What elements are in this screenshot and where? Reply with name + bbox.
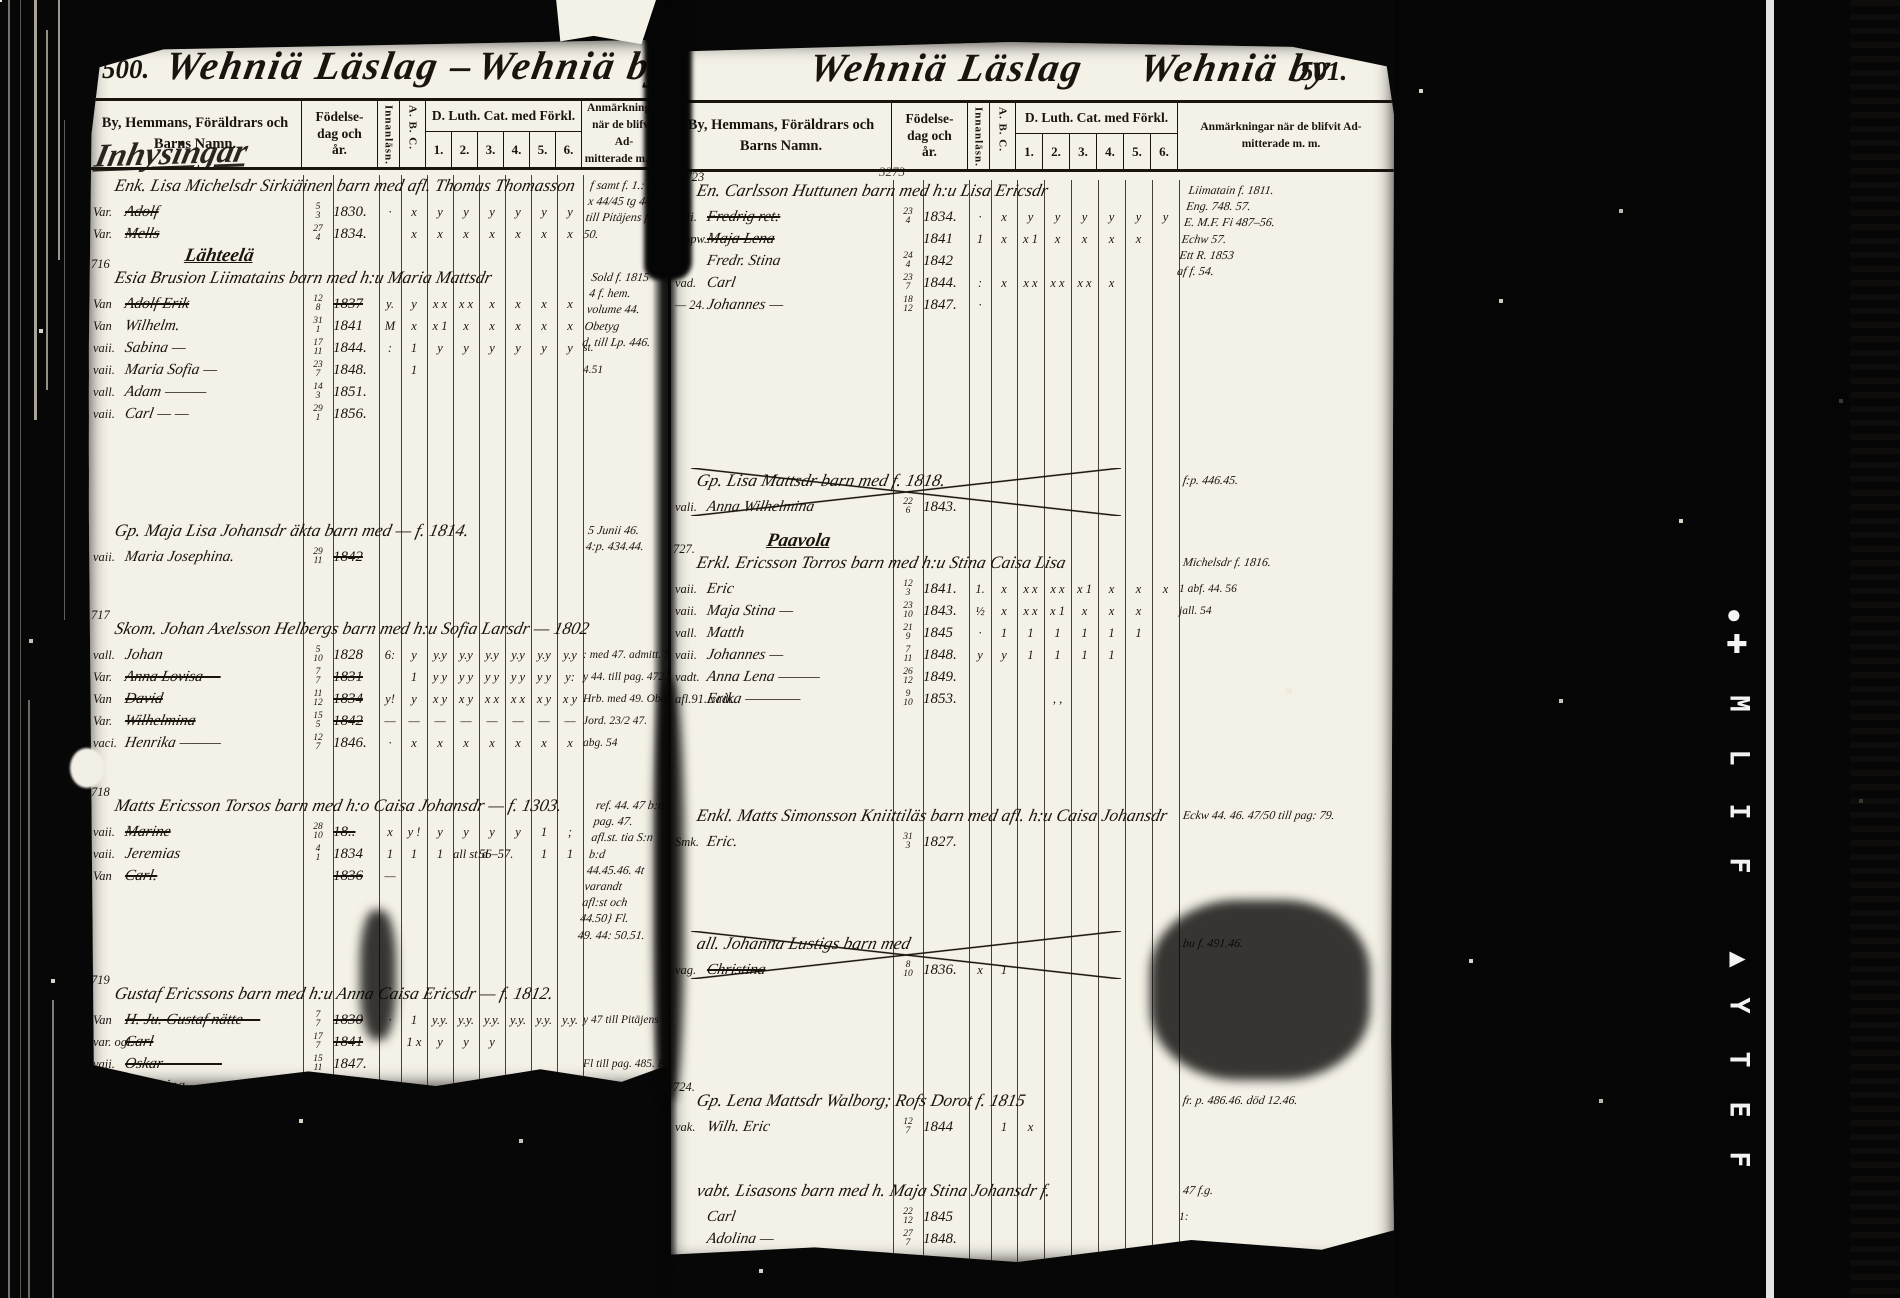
entry-row: vaci.Henrika ———1271846.·xxxxxxxabg. 54 bbox=[89, 732, 668, 754]
row-child-name: Johannes — bbox=[705, 296, 894, 314]
row-mark-cell: x bbox=[453, 319, 479, 334]
entry-block: Enkl. Matts Simonsson Kniittiläs barn me… bbox=[671, 805, 1394, 853]
row-birth-year: 1844 bbox=[923, 1119, 969, 1136]
row-mark-cell: y bbox=[401, 297, 427, 312]
header-catechism-label: D. Luth. Cat. med Förkl. bbox=[426, 101, 581, 132]
birth-day-bottom: 3 bbox=[906, 842, 911, 851]
ink-blot-bottom-right bbox=[1150, 900, 1370, 1080]
row-mark-cell: x bbox=[531, 736, 557, 751]
row-birth-day: 244 bbox=[893, 252, 923, 270]
row-birth-day: 41 bbox=[303, 845, 333, 863]
entry-head-script: Enk. Lisa Michelsdr Sirkiäinen barn med … bbox=[113, 175, 577, 196]
row-mark-cell: 1 bbox=[1098, 648, 1125, 663]
row-birth-day: 77 bbox=[303, 668, 333, 686]
row-mark-cell: y bbox=[453, 1035, 479, 1050]
row-mark-cell: y y bbox=[505, 670, 531, 685]
film-frame-circle-mark: ● bbox=[1726, 602, 1742, 628]
row-mark-cell: y bbox=[427, 205, 453, 220]
birth-day-bottom: 8 bbox=[316, 304, 321, 313]
row-prefix: vall. bbox=[89, 648, 125, 663]
row-child-name: Oskar ———— bbox=[123, 1055, 304, 1073]
row-child-name: Carl. bbox=[123, 867, 304, 885]
birth-day-bottom: 9 bbox=[906, 633, 911, 642]
entry-row: Carl221218451: bbox=[671, 1206, 1394, 1228]
row-mark-cell: y bbox=[557, 205, 583, 220]
birth-day-bottom: 7 bbox=[906, 1127, 911, 1136]
row-mark-cell: 1 bbox=[557, 847, 583, 862]
catechism-subcol-label: 1. bbox=[426, 132, 452, 167]
row-child-name: Johan bbox=[123, 646, 304, 664]
catechism-subcol-label: 1. bbox=[1016, 134, 1043, 169]
row-mark-cell: y.y bbox=[531, 648, 557, 663]
film-edge-letter: E bbox=[1724, 1093, 1755, 1127]
row-birth-year: 1856. bbox=[333, 406, 379, 423]
row-birth-year: 1848. bbox=[923, 1231, 969, 1248]
entry-head-remark: fr. p. 486.46. död 12.46. bbox=[1182, 1092, 1384, 1108]
header-birth-line2: dag och bbox=[892, 128, 967, 145]
row-mark-cell: x bbox=[991, 232, 1017, 247]
entry-row: vaii.Jeremias411834111all st:d56–57.11 bbox=[89, 843, 668, 865]
row-birth-day: 1812 bbox=[893, 296, 923, 314]
header-reading-col: Innanläsn. bbox=[968, 103, 990, 169]
row-birth-day: 711 bbox=[893, 646, 923, 664]
header-catechism-label: D. Luth. Cat. med Förkl. bbox=[1016, 103, 1177, 134]
row-prefix: vaii. bbox=[89, 550, 125, 565]
birth-day-bottom: 11 bbox=[314, 348, 323, 357]
row-mark-cell: 1 bbox=[401, 670, 427, 685]
row-mark-cell: 1 x bbox=[401, 1035, 427, 1050]
gutter-smear-lower bbox=[654, 680, 684, 1100]
header-abc-col: A. B. C. bbox=[990, 103, 1016, 169]
page-number: 500. bbox=[102, 54, 149, 85]
row-child-name: Henrika ——— bbox=[123, 734, 304, 752]
row-mark-cell: y bbox=[479, 825, 505, 840]
row-mark-cell: y bbox=[427, 825, 453, 840]
birth-day-bottom: 7 bbox=[906, 1239, 911, 1248]
row-birth-day: 127 bbox=[303, 734, 333, 752]
row-birth-year: 1828 bbox=[333, 647, 379, 664]
header-birth-line3: år. bbox=[302, 142, 377, 159]
row-mark-cell: 1 bbox=[1098, 626, 1125, 641]
header-name-line2: Barns Namn. bbox=[671, 136, 891, 157]
row-mark-cell: x y bbox=[557, 692, 583, 707]
row-child-name: Maja Stina — bbox=[705, 602, 894, 620]
header-name-line1: By, Hemmans, Föräldrars och bbox=[89, 113, 301, 134]
row-prefix: Van bbox=[89, 1013, 125, 1028]
row-mark-cell: x bbox=[1071, 604, 1098, 619]
row-child-name: David bbox=[123, 690, 304, 708]
row-mark-cell: x bbox=[557, 736, 583, 751]
row-child-name: Carl — — bbox=[123, 405, 304, 423]
row-mark-cell: y bbox=[557, 341, 583, 356]
entry-head-script: Gp. Maja Lisa Johansdr äkta barn med — f… bbox=[113, 520, 471, 541]
birth-day-bottom: 1 bbox=[316, 414, 321, 423]
row-mark-cell: M bbox=[379, 319, 401, 334]
row-mark-cell: x x bbox=[1017, 582, 1044, 597]
entry-row: Adolina —2771848. bbox=[671, 1228, 1394, 1250]
row-mark-cell: x x bbox=[1044, 276, 1071, 291]
row-birth-day: 1511 bbox=[303, 1055, 333, 1073]
entry-block: Gp. Maja Lisa Johansdr äkta barn med — f… bbox=[89, 520, 668, 568]
catechism-subcol-label: 6. bbox=[556, 132, 581, 167]
row-mark-cell: · bbox=[969, 210, 991, 225]
row-birth-year: 1847. bbox=[333, 1056, 379, 1073]
entry-head-remark: 47 f.g. bbox=[1182, 1182, 1384, 1198]
row-prefix: Van bbox=[89, 869, 125, 884]
row-birth-year: 1844. bbox=[333, 340, 379, 357]
header-remarks-col: Anmärkningar när de blifvit Ad-mitterade… bbox=[1178, 103, 1384, 169]
row-mark-cell: 1 bbox=[991, 626, 1017, 641]
entry-head-line: Enkl. Matts Simonsson Kniittiläs barn me… bbox=[671, 805, 1394, 831]
film-edge-letter: M bbox=[1724, 687, 1755, 721]
entry-row: Var.Anna Lovisa —7718311y yy yy yy yy yy… bbox=[89, 666, 668, 688]
row-mark-cell: 1 bbox=[1071, 626, 1098, 641]
entry-row: vall.Matth2191845·111111 bbox=[671, 622, 1394, 644]
table-header: By, Hemmans, Föräldrars ochBarns Namn.Fö… bbox=[670, 100, 1394, 172]
entry-row: VanCarl.1836— bbox=[89, 865, 668, 887]
film-divider-line bbox=[1766, 0, 1774, 1298]
row-mark-cell: x bbox=[479, 319, 505, 334]
row-birth-year: 1841. bbox=[923, 581, 969, 598]
page-title-script: Wehniä Läslag bbox=[806, 44, 1087, 91]
row-mark-cell: — bbox=[379, 869, 401, 884]
row-mark-cell: 1 bbox=[531, 825, 557, 840]
film-edge-letter: F bbox=[1724, 1143, 1755, 1177]
row-birth-day: 2612 bbox=[893, 668, 923, 686]
row-mark-cell: y bbox=[479, 1035, 505, 1050]
entry-row: vadt.Anna Lena ———26121849. bbox=[671, 666, 1394, 688]
film-scratch-line bbox=[28, 700, 30, 1298]
header-reading-col: Innanläsn. bbox=[378, 101, 400, 167]
row-birth-year: 1834 bbox=[333, 691, 379, 708]
film-edge-band bbox=[1850, 0, 1900, 1298]
entry-number: 718 bbox=[91, 785, 110, 800]
entry-head-line: 718Matts Ericsson Torsos barn med h:o Ca… bbox=[89, 795, 668, 821]
row-birth-year: 1847. bbox=[923, 297, 969, 314]
birth-day-bottom: 3 bbox=[906, 589, 911, 598]
birth-day-bottom: 5 bbox=[316, 721, 321, 730]
header-birth-line3: år. bbox=[892, 144, 967, 161]
entry-row: VanWilhelm.3111841Mxx 1xxxxx bbox=[89, 315, 668, 337]
film-scratch-line bbox=[58, 0, 60, 260]
row-mark-cell: y bbox=[1098, 210, 1125, 225]
row-mark-cell: x bbox=[557, 297, 583, 312]
entry-head-line: 727.Erkl. Ericsson Torros barn med h:u S… bbox=[671, 552, 1394, 578]
row-mark-cell: x x bbox=[1017, 604, 1044, 619]
entry-head-line: 4. 7233273En. Carlsson Huttunen barn med… bbox=[671, 180, 1394, 206]
row-birth-year: 1841 bbox=[923, 231, 969, 248]
row-mark-cell: x y bbox=[453, 692, 479, 707]
row-child-name: Sabina — bbox=[123, 339, 304, 357]
header-catechism-subcols: 1.2.3.4.5.6. bbox=[426, 132, 581, 167]
row-birth-year: 1842 bbox=[333, 713, 379, 730]
entry-row: Eva Stina ———2471852.utan B:tig p. 405. bbox=[89, 1075, 668, 1097]
row-mark-cell: x bbox=[453, 227, 479, 242]
birth-day-bottom: 10 bbox=[903, 611, 913, 620]
row-prefix: vall. bbox=[89, 385, 125, 400]
row-mark-cell: x bbox=[401, 319, 427, 334]
row-mark-cell: · bbox=[969, 626, 991, 641]
row-mark-cell: y bbox=[1017, 210, 1044, 225]
row-birth-day: 313 bbox=[893, 833, 923, 851]
film-scratch-line bbox=[52, 1000, 54, 1298]
entry-strike-cross bbox=[691, 468, 1121, 516]
row-remark: 1 abf. 44. 56 bbox=[1179, 583, 1385, 595]
entry-row: vaii.Maja Stina —23101843.½xx xx 1xxxjal… bbox=[671, 600, 1394, 622]
row-mark-cell: y y bbox=[479, 670, 505, 685]
row-birth-year: 1834. bbox=[923, 209, 969, 226]
row-birth-day: 291 bbox=[303, 405, 333, 423]
entry-number: 719 bbox=[91, 973, 110, 988]
row-child-name: H. Ju. Gustaf nätte — bbox=[123, 1011, 304, 1029]
row-mark-cell: x bbox=[505, 319, 531, 334]
row-birth-year: 1845 bbox=[923, 1209, 969, 1226]
birth-day-bottom: 4 bbox=[316, 234, 321, 243]
row-mark-cell: y bbox=[505, 205, 531, 220]
row-mark-cell: , , bbox=[1044, 692, 1071, 707]
row-mark-cell: x x bbox=[479, 692, 505, 707]
row-prefix: vaii. bbox=[89, 825, 125, 840]
entry-head-script: En. Carlsson Huttunen barn med h:u Lisa … bbox=[695, 180, 1050, 201]
catechism-subcol-label: 3. bbox=[478, 132, 504, 167]
row-birth-year: 1846. bbox=[333, 735, 379, 752]
row-mark-cell: x bbox=[1125, 604, 1152, 619]
row-mark-cell: y bbox=[453, 825, 479, 840]
row-mark-cell: y.y. bbox=[557, 1013, 583, 1028]
row-mark-cell: y.y bbox=[479, 648, 505, 663]
row-mark-cell: x bbox=[1017, 1120, 1044, 1135]
row-birth-day: 143 bbox=[303, 383, 333, 401]
film-scratch-line bbox=[8, 0, 10, 1298]
entry-block: Paavola727.Erkl. Ericsson Torros barn me… bbox=[671, 530, 1394, 710]
row-mark-cell: x x bbox=[427, 297, 453, 312]
row-child-name: Mells bbox=[123, 225, 304, 243]
row-mark-cell: x 1 bbox=[1044, 604, 1071, 619]
header-remarks-line2: mitterade m. m. bbox=[1178, 136, 1384, 153]
row-mark-cell: y bbox=[531, 205, 557, 220]
header-birth-line1: Födelse- bbox=[302, 109, 377, 126]
row-prefix: Van bbox=[89, 297, 125, 312]
header-remarks-line1: Anmärkningar när de blifvit Ad- bbox=[1178, 119, 1384, 136]
row-child-name: Marine bbox=[123, 823, 304, 841]
row-mark-cell: x bbox=[557, 319, 583, 334]
entry-row: afl.91. vadt.Erika ————9101853., , bbox=[671, 688, 1394, 710]
entry-row: vaii.Marine281018..xy !yyyy1; bbox=[89, 821, 668, 843]
entry-head-script: Gp. Lena Mattsdr Walborg; Rofs Dorot f. … bbox=[695, 1090, 1028, 1111]
birth-day-bottom: 10 bbox=[903, 699, 913, 708]
row-child-name: Carl bbox=[123, 1033, 304, 1051]
birth-day-bottom: 12 bbox=[903, 305, 913, 314]
birth-day-bottom: 4 bbox=[906, 217, 911, 226]
row-child-name: Carl bbox=[705, 1208, 894, 1226]
row-mark-cell: y bbox=[1152, 210, 1179, 225]
row-mark-cell: y bbox=[505, 341, 531, 356]
row-mark-cell: x bbox=[531, 297, 557, 312]
entry-scribble: 3273 bbox=[879, 164, 905, 180]
row-mark-cell: x x bbox=[1044, 582, 1071, 597]
row-mark-cell: x bbox=[1125, 232, 1152, 247]
row-mark-cell: — bbox=[379, 714, 401, 729]
row-birth-year: 1837 bbox=[333, 296, 379, 313]
row-mark-cell: 1 bbox=[969, 232, 991, 247]
film-dust-speckles bbox=[0, 0, 2, 2]
row-birth-day: 2212 bbox=[893, 1208, 923, 1226]
film-edge-letter: F bbox=[1724, 849, 1755, 883]
row-mark-cell: 1 bbox=[401, 847, 427, 862]
row-mark-cell: — bbox=[505, 714, 531, 729]
row-mark-cell: 1 bbox=[1125, 626, 1152, 641]
header-birth-col: Födelse-dag ochår. bbox=[302, 101, 378, 167]
row-birth-year: 1836 bbox=[333, 868, 379, 885]
row-mark-cell: y.y. bbox=[505, 1013, 531, 1028]
row-mark-cell: 1 bbox=[1071, 648, 1098, 663]
row-remark: 1: bbox=[1179, 1211, 1385, 1223]
row-mark-cell: 56–57. bbox=[479, 847, 505, 862]
row-prefix: vaii. bbox=[89, 1057, 125, 1072]
page-title-script-2: Wehniä by bbox=[1136, 44, 1336, 91]
entry-row: vak.Wilh. Eric12718441x bbox=[671, 1116, 1394, 1138]
film-scratch-line bbox=[20, 0, 21, 1298]
row-birth-day: 155 bbox=[303, 712, 333, 730]
row-mark-cell: y.y. bbox=[427, 1013, 453, 1028]
row-mark-cell: x bbox=[427, 736, 453, 751]
row-mark-cell: : bbox=[969, 276, 991, 291]
row-mark-cell: x 1 bbox=[427, 319, 453, 334]
header-name-line1: By, Hemmans, Föräldrars och bbox=[671, 115, 891, 136]
row-mark-cell: — bbox=[531, 714, 557, 729]
ink-smear-left-page bbox=[360, 910, 396, 1040]
row-birth-day: 53 bbox=[303, 203, 333, 221]
row-child-name: Eva Stina ——— bbox=[123, 1077, 304, 1095]
row-remark: jall. 54 bbox=[1179, 605, 1385, 617]
row-mark-cell: x bbox=[991, 276, 1017, 291]
film-tear bbox=[552, 0, 656, 46]
row-birth-day: 274 bbox=[303, 225, 333, 243]
entry-head-script: vabt. Lisasons barn med h. Maja Stina Jo… bbox=[695, 1180, 1053, 1201]
row-prefix: vaii. bbox=[89, 847, 125, 862]
row-child-name: Eric. bbox=[705, 833, 894, 851]
row-child-name: Carl bbox=[705, 274, 894, 292]
entry-block: 4. 7233273En. Carlsson Huttunen barn med… bbox=[671, 180, 1394, 316]
row-mark-cell: y y bbox=[531, 670, 557, 685]
row-mark-cell: y bbox=[1125, 210, 1152, 225]
row-birth-year: 1849. bbox=[923, 669, 969, 686]
entry-head-line: 724.Gp. Lena Mattsdr Walborg; Rofs Dorot… bbox=[671, 1090, 1394, 1116]
catechism-subcol-label: 4. bbox=[1097, 134, 1124, 169]
row-birth-year: 1848. bbox=[923, 647, 969, 664]
row-mark-cell: x bbox=[531, 227, 557, 242]
row-mark-cell: — bbox=[401, 714, 427, 729]
row-mark-cell: y bbox=[1071, 210, 1098, 225]
row-birth-year: 1830. bbox=[333, 204, 379, 221]
row-birth-year: 1848. bbox=[333, 362, 379, 379]
birth-day-bottom: 1 bbox=[316, 854, 321, 863]
row-mark-cell: y bbox=[991, 648, 1017, 663]
row-mark-cell: x bbox=[427, 227, 453, 242]
row-mark-cell: x y bbox=[531, 692, 557, 707]
birth-day-bottom: 7 bbox=[316, 743, 321, 752]
row-child-name: Wilhelmina bbox=[123, 712, 304, 730]
row-child-name: Erika ———— bbox=[705, 690, 894, 708]
row-mark-cell: y y bbox=[427, 670, 453, 685]
row-child-name: Adolf Erik bbox=[123, 295, 304, 313]
row-mark-cell: — bbox=[453, 714, 479, 729]
row-child-name: Adolf bbox=[123, 203, 304, 221]
page-title-row: 501.Wehniä LäslagWehniä by bbox=[670, 42, 1394, 100]
row-mark-cell: 1. bbox=[969, 582, 991, 597]
row-mark-cell: 1 bbox=[401, 1013, 427, 1028]
row-mark-cell: · bbox=[969, 298, 991, 313]
entry-row: vaii.Maria Josephina.29111842 bbox=[89, 546, 668, 568]
birth-day-bottom: 7 bbox=[316, 1086, 321, 1095]
row-birth-day: 910 bbox=[893, 690, 923, 708]
catechism-subcol-label: 2. bbox=[1043, 134, 1070, 169]
row-mark-cell: y bbox=[453, 341, 479, 356]
row-prefix: Van bbox=[89, 319, 125, 334]
row-prefix: vaii. bbox=[89, 341, 125, 356]
birth-day-bottom: 12 bbox=[903, 677, 913, 686]
row-birth-day: 2310 bbox=[893, 602, 923, 620]
row-birth-year: 1845 bbox=[923, 625, 969, 642]
row-birth-year: 18.. bbox=[333, 824, 379, 841]
row-mark-cell: x y bbox=[427, 692, 453, 707]
birth-day-bottom: 12 bbox=[903, 1217, 913, 1226]
entry-number: 716 bbox=[91, 257, 110, 272]
row-child-name: Maria Sofia — bbox=[123, 361, 304, 379]
row-child-name: Jeremias bbox=[123, 845, 304, 863]
row-mark-cell: x bbox=[401, 205, 427, 220]
row-mark-cell: all st:d bbox=[453, 847, 479, 862]
row-mark-cell: — bbox=[557, 714, 583, 729]
row-mark-cell: 1 bbox=[991, 1120, 1017, 1135]
row-mark-cell: x bbox=[531, 319, 557, 334]
birth-day-bottom: 7 bbox=[316, 1042, 321, 1051]
row-birth-day: 277 bbox=[893, 1230, 923, 1248]
birth-day-bottom: 7 bbox=[906, 283, 911, 292]
row-birth-day: 177 bbox=[303, 1033, 333, 1051]
entry-block: Gp. Lisa Mattsdr barn med f. 1818.f:p. 4… bbox=[671, 470, 1394, 518]
header-catechism-col: D. Luth. Cat. med Förkl.1.2.3.4.5.6. bbox=[426, 101, 582, 167]
row-birth-year: 1827. bbox=[923, 834, 969, 851]
entry-head-script: Gustaf Ericssons barn med h:u Anna Caisa… bbox=[113, 983, 556, 1004]
entry-head-remark: Michelsdr f. 1816. bbox=[1182, 554, 1384, 570]
row-mark-cell: x x bbox=[1017, 276, 1044, 291]
entry-head-line: vabt. Lisasons barn med h. Maja Stina Jo… bbox=[671, 1180, 1394, 1206]
row-mark-cell: x bbox=[1098, 604, 1125, 619]
row-mark-cell: x bbox=[1152, 582, 1179, 597]
row-mark-cell: x bbox=[1125, 582, 1152, 597]
film-scratch-line bbox=[64, 120, 65, 620]
row-mark-cell: y bbox=[1044, 210, 1071, 225]
row-mark-cell: y ! bbox=[401, 825, 427, 840]
row-mark-cell: ½ bbox=[969, 604, 991, 619]
row-mark-cell: x bbox=[505, 736, 531, 751]
row-mark-cell: x bbox=[379, 825, 401, 840]
film-edge-letter: ▲ bbox=[1724, 943, 1755, 977]
entry-row: vaii.Eric1231841.1.xx xx xx 1xxx1 abf. 4… bbox=[671, 578, 1394, 600]
row-prefix: vaii. bbox=[89, 407, 125, 422]
row-child-name: Anna Lovisa — bbox=[123, 668, 304, 686]
row-mark-cell: y.y bbox=[427, 648, 453, 663]
entry-head-line: Gp. Maja Lisa Johansdr äkta barn med — f… bbox=[89, 520, 668, 546]
row-mark-cell: x 1 bbox=[1017, 232, 1044, 247]
row-mark-cell: — bbox=[427, 714, 453, 729]
row-mark-cell: y bbox=[427, 1035, 453, 1050]
catechism-subcol-label: 6. bbox=[1151, 134, 1177, 169]
row-mark-cell: 6: bbox=[379, 648, 401, 663]
row-mark-cell: y.y bbox=[557, 648, 583, 663]
entry-row: vall.Adam ———1431851. bbox=[89, 381, 668, 403]
